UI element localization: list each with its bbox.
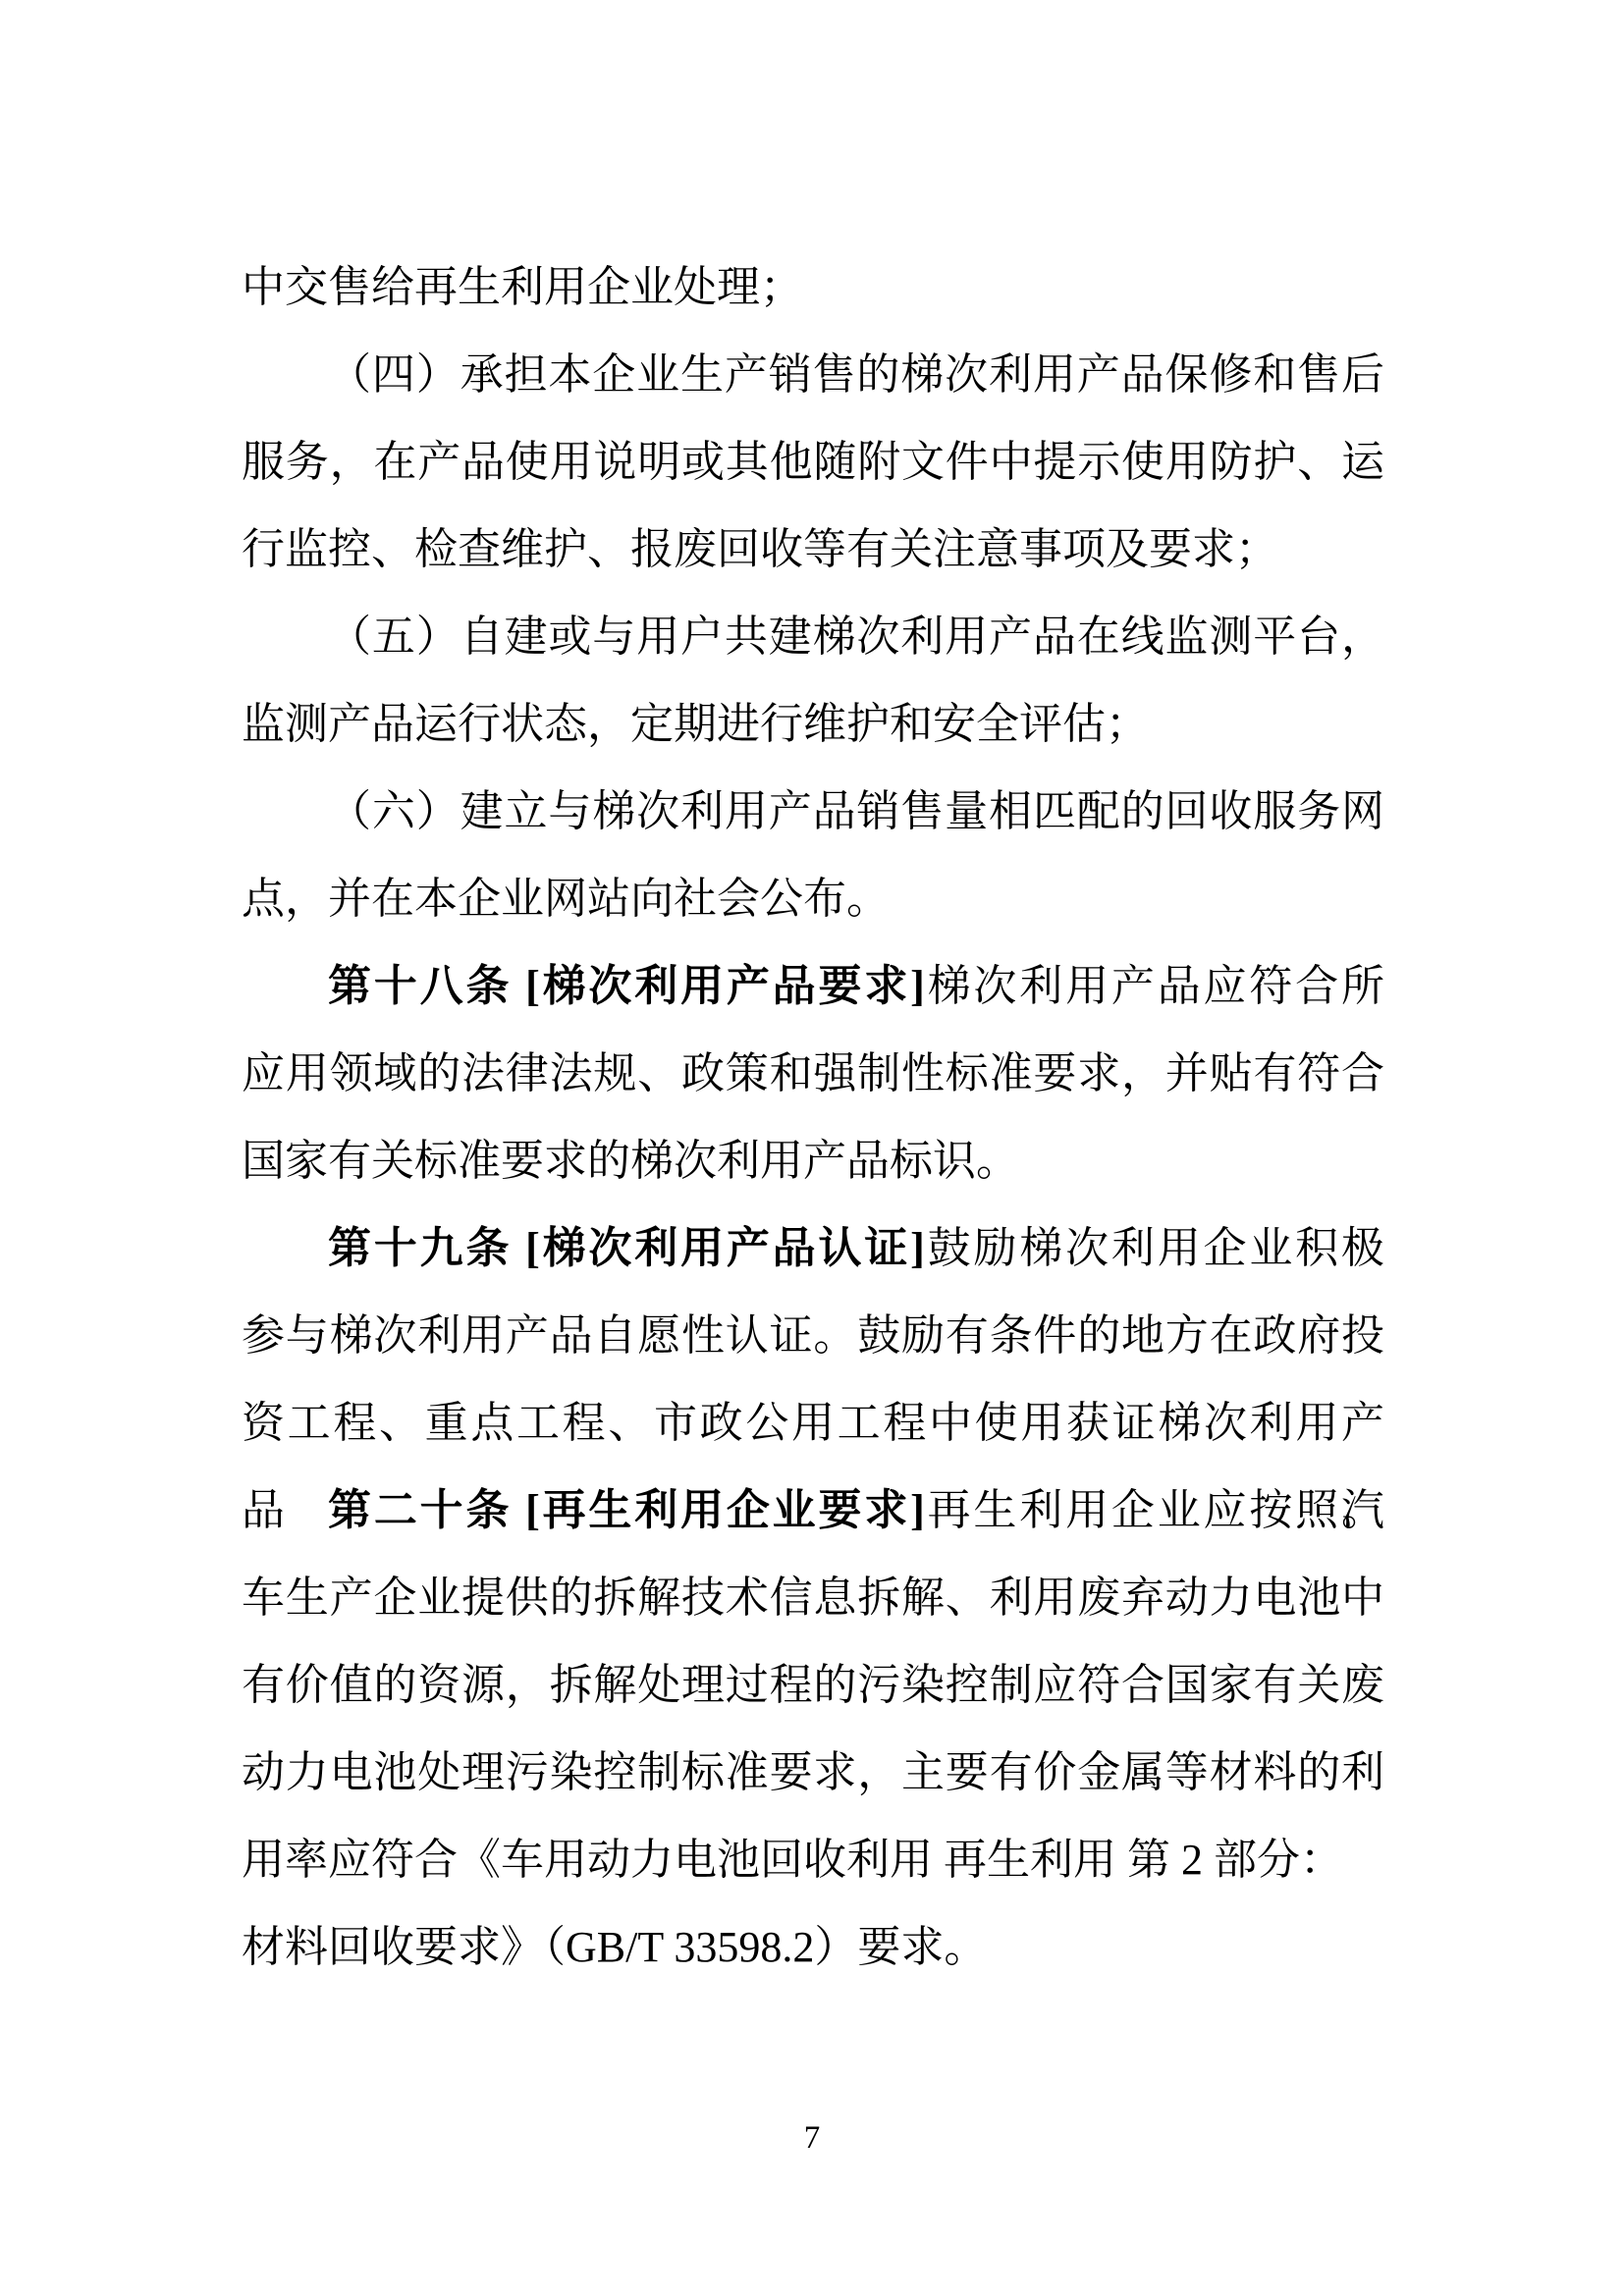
text-run: 车生产企业提供的拆解技术信息拆解、利用废弃动力电池中 xyxy=(242,1574,1384,1622)
text-line: 监测产品运行状态，定期进行维护和安全评估； xyxy=(242,680,1384,768)
text-run: 再生利用企业应按照汽 xyxy=(925,1486,1384,1534)
page-number: 7 xyxy=(0,2118,1624,2158)
text-line: 有价值的资源，拆解处理过程的污染控制应符合国家有关废 xyxy=(242,1641,1384,1729)
article-heading: 第二十条 [再生利用企业要求] xyxy=(328,1486,925,1534)
text-run: （五）自建或与用户共建梯次利用产品在线监测平台， xyxy=(328,613,1384,661)
article-heading: 第十九条 [梯次利用产品认证] xyxy=(328,1224,925,1272)
text-line: 服务，在产品使用说明或其他随附文件中提示使用防护、运 xyxy=(242,418,1384,506)
text-run: 应用领域的法律法规、政策和强制性标准要求，并贴有符合 xyxy=(242,1049,1384,1097)
text-line: 国家有关标准要求的梯次利用产品标识。 xyxy=(242,1117,1384,1204)
text-run: 有价值的资源，拆解处理过程的污染控制应符合国家有关废 xyxy=(242,1661,1384,1709)
text-line: 应用领域的法律法规、政策和强制性标准要求，并贴有符合 xyxy=(242,1030,1384,1117)
text-line: 材料回收要求》（GB/T 33598.2）要求。 xyxy=(242,1903,1384,1991)
text-run: （四）承担本企业生产销售的梯次利用产品保修和售后 xyxy=(328,350,1384,399)
text-run: 动力电池处理污染控制标准要求，主要有价金属等材料的利 xyxy=(242,1748,1384,1796)
text-run: 中交售给再生利用企业处理； xyxy=(242,263,803,311)
text-run: 行监控、检查维护、报废回收等有关注意事项及要求； xyxy=(242,525,1278,573)
text-run: 参与梯次利用产品自愿性认证。鼓励有条件的地方在政府投 xyxy=(242,1311,1384,1360)
text-line: （六）建立与梯次利用产品销售量相匹配的回收服务网 xyxy=(242,768,1384,855)
text-line: 用率应符合《车用动力电池回收利用 再生利用 第 2 部分： xyxy=(242,1816,1384,1903)
text-run: 服务，在产品使用说明或其他随附文件中提示使用防护、运 xyxy=(242,438,1384,486)
text-line: 资工程、重点工程、市政公用工程中使用获证梯次利用产品。 xyxy=(242,1379,1384,1467)
text-run: 监测产品运行状态，定期进行维护和安全评估； xyxy=(242,700,1149,748)
text-line: 第十九条 [梯次利用产品认证]鼓励梯次利用企业积极 xyxy=(242,1204,1384,1292)
text-run: 梯次利用产品应符合所 xyxy=(925,962,1384,1010)
text-line: 参与梯次利用产品自愿性认证。鼓励有条件的地方在政府投 xyxy=(242,1292,1384,1379)
text-line: （五）自建或与用户共建梯次利用产品在线监测平台， xyxy=(242,593,1384,680)
text-line: 动力电池处理污染控制标准要求，主要有价金属等材料的利 xyxy=(242,1729,1384,1816)
text-line: 行监控、检查维护、报废回收等有关注意事项及要求； xyxy=(242,506,1384,593)
document-body: 中交售给再生利用企业处理；（四）承担本企业生产销售的梯次利用产品保修和售后服务，… xyxy=(242,243,1384,1991)
text-run: 材料回收要求》（GB/T 33598.2）要求。 xyxy=(242,1923,987,1971)
text-run: 用率应符合《车用动力电池回收利用 再生利用 第 2 部分： xyxy=(242,1836,1343,1884)
text-line: 第十八条 [梯次利用产品要求]梯次利用产品应符合所 xyxy=(242,942,1384,1030)
text-line: 中交售给再生利用企业处理； xyxy=(242,243,1384,331)
text-line: 第二十条 [再生利用企业要求]再生利用企业应按照汽 xyxy=(242,1467,1384,1554)
document-page: 中交售给再生利用企业处理；（四）承担本企业生产销售的梯次利用产品保修和售后服务，… xyxy=(0,0,1624,2296)
text-run: （六）建立与梯次利用产品销售量相匹配的回收服务网 xyxy=(328,787,1384,835)
text-line: 点，并在本企业网站向社会公布。 xyxy=(242,855,1384,942)
text-run: 点，并在本企业网站向社会公布。 xyxy=(242,875,890,923)
article-heading: 第十八条 [梯次利用产品要求] xyxy=(328,962,925,1010)
text-run: 国家有关标准要求的梯次利用产品标识。 xyxy=(242,1137,1019,1185)
text-run: 鼓励梯次利用企业积极 xyxy=(925,1224,1384,1272)
text-line: （四）承担本企业生产销售的梯次利用产品保修和售后 xyxy=(242,331,1384,418)
text-line: 车生产企业提供的拆解技术信息拆解、利用废弃动力电池中 xyxy=(242,1554,1384,1641)
